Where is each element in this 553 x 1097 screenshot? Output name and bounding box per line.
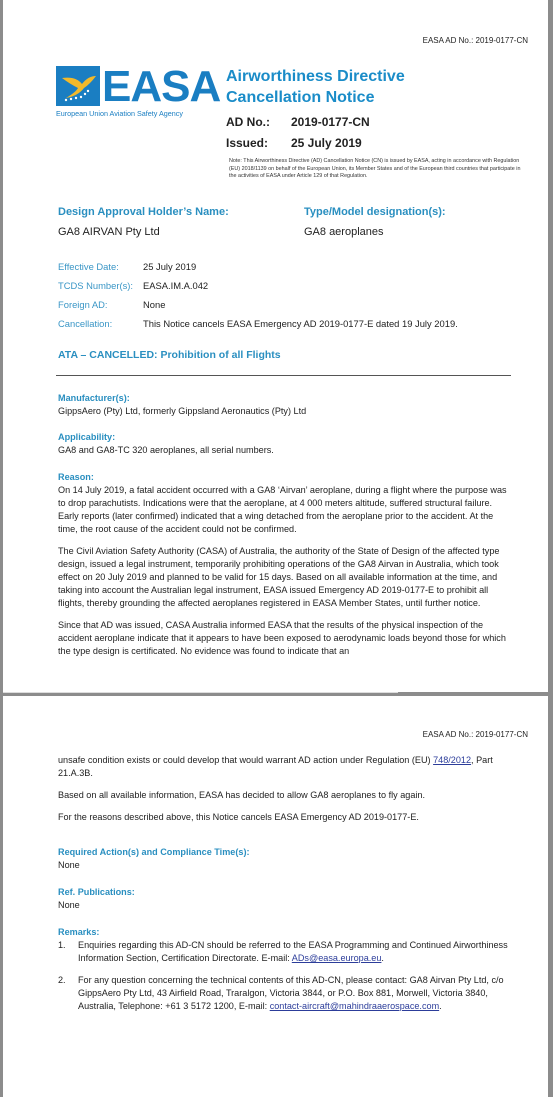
- bird-icon: [56, 66, 100, 106]
- type-value: GA8 aeroplanes: [304, 226, 384, 238]
- logo-wordmark: EASA: [102, 68, 220, 106]
- issued-date: Issued:25 July 2019: [226, 136, 268, 150]
- detail-cancellation: Cancellation:This Notice cancels EASA Em…: [58, 318, 458, 329]
- detail-tcds: TCDS Number(s):EASA.IM.A.042: [58, 280, 208, 291]
- required-actions-section: Required Action(s) and Compliance Time(s…: [58, 846, 508, 872]
- ata-heading: ATA – CANCELLED: Prohibition of all Flig…: [58, 349, 281, 361]
- legal-note: Note: This Airworthiness Directive (AD) …: [229, 158, 529, 181]
- remarks-section: Remarks: 1.Enquiries regarding this AD-C…: [58, 926, 513, 1022]
- regulation-link[interactable]: 748/2012: [433, 755, 471, 765]
- easa-logo: EASA European Union Aviation Safety Agen…: [56, 66, 208, 118]
- manufacturer-section: Manufacturer(s): GippsAero (Pty) Ltd, fo…: [58, 392, 508, 418]
- detail-foreign-ad: Foreign AD:None: [58, 299, 165, 310]
- contact-email-link[interactable]: contact-aircraft@mahindraaerospace.com: [270, 1001, 439, 1011]
- reason-section: Reason: On 14 July 2019, a fatal acciden…: [58, 471, 508, 658]
- holder-value: GA8 AIRVAN Pty Ltd: [58, 226, 160, 238]
- header-ad-ref-page2: EASA AD No.: 2019-0177-CN: [423, 730, 528, 739]
- easa-email-link[interactable]: ADs@easa.europa.eu: [292, 953, 382, 963]
- header-ad-ref: EASA AD No.: 2019-0177-CN: [423, 36, 528, 45]
- ref-publications-section: Ref. Publications: None: [58, 886, 508, 912]
- applicability-section: Applicability: GA8 and GA8-TC 320 aeropl…: [58, 431, 508, 457]
- page-1: EASA AD No.: 2019-0177-CN EASA European …: [3, 0, 548, 692]
- page-2: EASA AD No.: 2019-0177-CN unsafe conditi…: [3, 696, 548, 1097]
- remark-item: 1.Enquiries regarding this AD-CN should …: [58, 939, 513, 965]
- divider: [56, 375, 511, 376]
- remark-item: 2.For any question concerning the techni…: [58, 974, 513, 1013]
- continuation-text: unsafe condition exists or could develop…: [58, 754, 508, 824]
- detail-effective-date: Effective Date:25 July 2019: [58, 261, 196, 272]
- type-label: Type/Model designation(s):: [304, 206, 446, 218]
- document-title: Airworthiness Directive Cancellation Not…: [226, 66, 405, 108]
- ad-number: AD No.:2019-0177-CN: [226, 115, 270, 129]
- holder-label: Design Approval Holder’s Name:: [58, 206, 229, 218]
- page-break-line: [3, 692, 398, 693]
